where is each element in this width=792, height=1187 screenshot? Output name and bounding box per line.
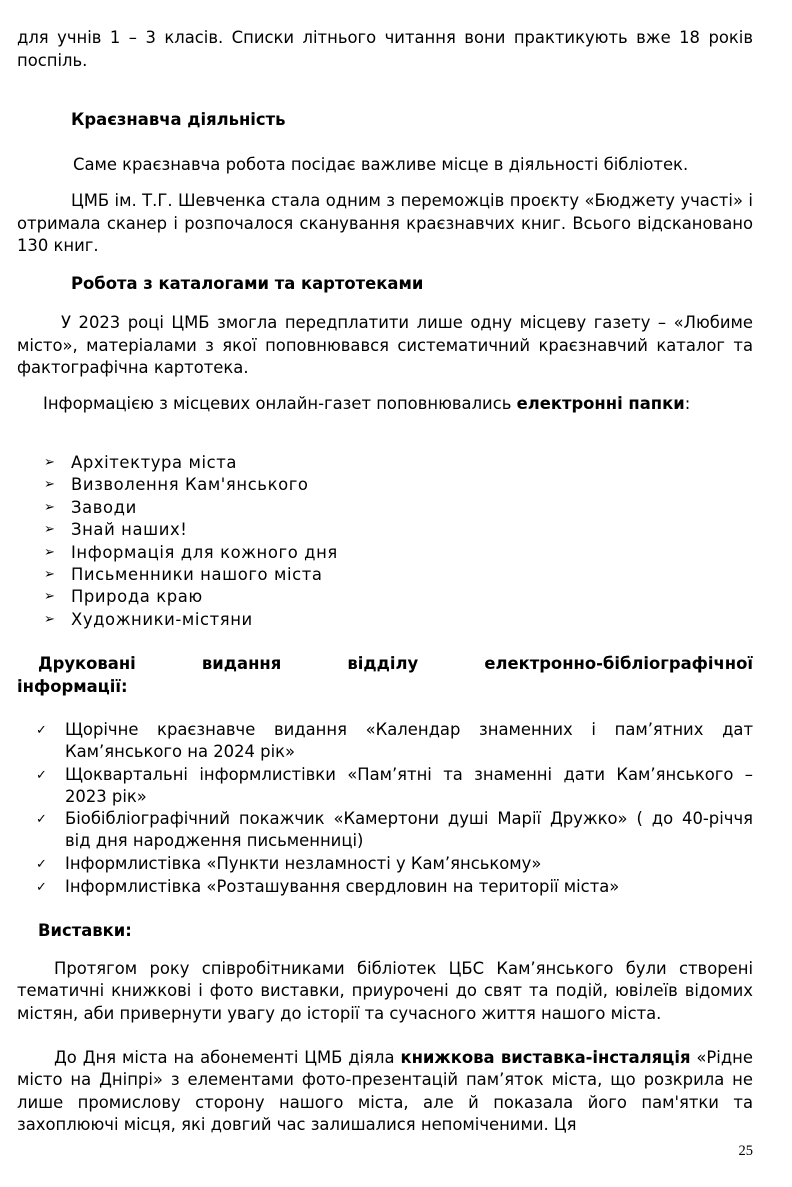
catalogs-paragraph-2-text: Інформацією з місцевих онлайн-газет попо… <box>43 394 517 413</box>
folder-name: Природа краю <box>71 586 203 608</box>
folder-list-item: ➢Заводи <box>44 497 338 519</box>
heading-publications-line1: Друковані видання відділу електронно-біб… <box>38 653 753 675</box>
arrow-bullet-icon: ➢ <box>44 586 71 608</box>
exhibitions-paragraph-2-lead: До Дня міста на абонементі ЦМБ діяла <box>54 1048 400 1067</box>
folder-name: Інформація для кожного дня <box>71 542 338 564</box>
folder-name: Визволення Кам'янського <box>71 474 309 496</box>
publication-list-item: ✓Інформлистівка «Пункти незламності у Ка… <box>36 853 753 876</box>
folder-name: Художники-містяни <box>71 609 253 631</box>
arrow-bullet-icon: ➢ <box>44 564 71 586</box>
folder-list-item: ➢Природа краю <box>44 586 338 608</box>
heading-local-history: Краєзнавча діяльність <box>71 109 285 131</box>
colon: : <box>685 394 691 413</box>
publication-list-item: ✓Біобібліографічний покажчик «Камертони … <box>36 808 753 853</box>
folder-list-item: ➢Визволення Кам'янського <box>44 474 338 496</box>
arrow-bullet-icon: ➢ <box>44 609 71 631</box>
publication-list-item: ✓Щорічне краєзнавче видання «Календар зн… <box>36 719 753 764</box>
publications-list: ✓Щорічне краєзнавче видання «Календар зн… <box>36 719 753 899</box>
folder-list-item: ➢Знай наших! <box>44 519 338 541</box>
checkmark-bullet-icon: ✓ <box>36 808 65 853</box>
publication-title: Щоквартальні інформлистівки «Пам’ятні та… <box>65 764 753 809</box>
folder-name: Письменники нашого міста <box>71 564 323 586</box>
electronic-folders-label: електронні папки <box>517 394 685 413</box>
folder-name: Знай наших! <box>71 519 187 541</box>
folder-list-item: ➢Інформація для кожного дня <box>44 542 338 564</box>
intro-paragraph: для учнів 1 – 3 класів. Списки літнього … <box>17 27 753 72</box>
arrow-bullet-icon: ➢ <box>44 474 71 496</box>
arrow-bullet-icon: ➢ <box>44 542 71 564</box>
arrow-bullet-icon: ➢ <box>44 497 71 519</box>
local-history-paragraph-2: ЦМБ ім. Т.Г. Шевченка стала одним з пере… <box>17 190 753 258</box>
checkmark-bullet-icon: ✓ <box>36 764 65 809</box>
folder-name: Архітектура міста <box>71 452 237 474</box>
heading-publications-line2: інформації: <box>17 676 128 698</box>
book-installation-label: книжкова виставка-інсталяція <box>400 1048 690 1067</box>
publication-title: Щорічне краєзнавче видання «Календар зна… <box>65 719 753 764</box>
heading-catalogs: Робота з каталогами та картотеками <box>71 273 423 295</box>
heading-exhibitions: Виставки: <box>38 920 132 942</box>
folder-list-item: ➢Архітектура міста <box>44 452 338 474</box>
checkmark-bullet-icon: ✓ <box>36 876 65 899</box>
checkmark-bullet-icon: ✓ <box>36 719 65 764</box>
folder-list-item: ➢Художники-містяни <box>44 609 338 631</box>
checkmark-bullet-icon: ✓ <box>36 853 65 876</box>
catalogs-paragraph-2: Інформацією з місцевих онлайн-газет попо… <box>17 393 753 416</box>
folder-name: Заводи <box>71 497 137 519</box>
exhibitions-paragraph-1: Протягом року співробітниками бібліотек … <box>17 958 753 1025</box>
folder-list-item: ➢Письменники нашого міста <box>44 564 338 586</box>
arrow-bullet-icon: ➢ <box>44 519 71 541</box>
publication-list-item: ✓Щоквартальні інформлистівки «Пам’ятні т… <box>36 764 753 809</box>
arrow-bullet-icon: ➢ <box>44 452 71 474</box>
exhibitions-paragraph-2: До Дня міста на абонементі ЦМБ діяла кни… <box>17 1047 753 1136</box>
local-history-paragraph-1: Саме краєзнавча робота посідає важливе м… <box>17 154 753 177</box>
publication-title: Інформлистівка «Пункти незламності у Кам… <box>65 853 753 876</box>
page-number: 25 <box>739 1143 754 1160</box>
publication-title: Інформлистівка «Розташування свердловин … <box>65 876 753 899</box>
document-page: для учнів 1 – 3 класів. Списки літнього … <box>0 0 792 1187</box>
catalogs-paragraph-1: У 2023 році ЦМБ змогла передплатити лише… <box>17 312 753 380</box>
electronic-folders-list: ➢Архітектура міста➢Визволення Кам'янсько… <box>44 452 338 631</box>
publication-list-item: ✓Інформлистівка «Розташування свердловин… <box>36 876 753 899</box>
publication-title: Біобібліографічний покажчик «Камертони д… <box>65 808 753 853</box>
